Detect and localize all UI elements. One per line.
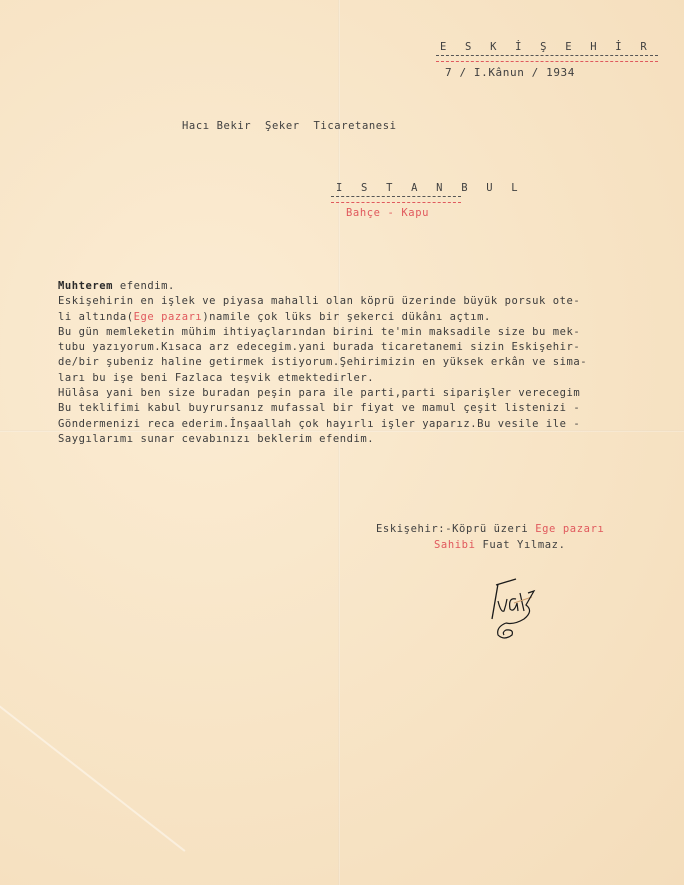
recipient-city: I S T A N B U L (336, 181, 524, 196)
body-line-7: Hülâsa yani ben size buradan peşin para … (58, 386, 678, 401)
closing-shop-name: Ege pazarı (535, 523, 604, 535)
body-line-6: ları bu işe beni Fazlaca teşvik etmekted… (58, 371, 678, 386)
owner-label: Sahibi (434, 539, 476, 551)
body-line-2-pre: li altında( (58, 311, 134, 323)
body-line-1: Eskişehirin en işlek ve piyasa mahalli o… (58, 294, 678, 309)
letter-page: E S K İ Ş E H İ R 7 / I.Kânun / 1934 Hac… (0, 0, 684, 885)
recipient-district: Bahçe - Kapu (346, 206, 429, 221)
closing-address-text: Eskişehir:-Köprü üzeri (376, 523, 535, 535)
body-line-9: Göndermenizi reca ederim.İnşaallah çok h… (58, 417, 678, 432)
sender-city: E S K İ Ş E H İ R (440, 40, 653, 55)
paper-crease (0, 690, 185, 852)
body-line-3: Bu gün memleketin mühim ihtiyaçlarından … (58, 325, 678, 340)
body-line-10: Saygılarımı sunar cevabınızı beklerim ef… (58, 432, 678, 447)
recipient-name: Hacı Bekir Şeker Ticaretanesi (182, 119, 397, 134)
shop-name-red: Ege pazarı (134, 311, 203, 323)
salutation-rest: efendim. (113, 280, 175, 292)
closing-address: Eskişehir:-Köprü üzeri Ege pazarı (376, 522, 604, 537)
body-line-4: tubu yazıyorum.Kısaca arz edecegim.yani … (58, 340, 678, 355)
closing-owner: Sahibi Fuat Yılmaz. (434, 538, 566, 553)
salutation: Muhterem efendim. (58, 279, 678, 294)
body-line-8: Bu teklifimi kabul buyrursanız mufassal … (58, 401, 678, 416)
letter-date: 7 / I.Kânun / 1934 (445, 65, 575, 80)
letter-body: Muhterem efendim. Eskişehirin en işlek v… (58, 279, 678, 447)
recipient-city-underline (331, 196, 461, 203)
body-line-2: li altında(Ege pazarı)namile çok lüks bi… (58, 310, 678, 325)
handwritten-signature-icon (484, 575, 554, 645)
sender-city-underline (436, 55, 658, 62)
owner-name: Fuat Yılmaz. (476, 539, 566, 551)
body-line-2-post: )namile çok lüks bir şekerci dükânı açtı… (202, 311, 491, 323)
salutation-bold: Muhterem (58, 280, 113, 292)
body-line-5: de/bir şubeniz haline getirmek istiyorum… (58, 355, 678, 370)
